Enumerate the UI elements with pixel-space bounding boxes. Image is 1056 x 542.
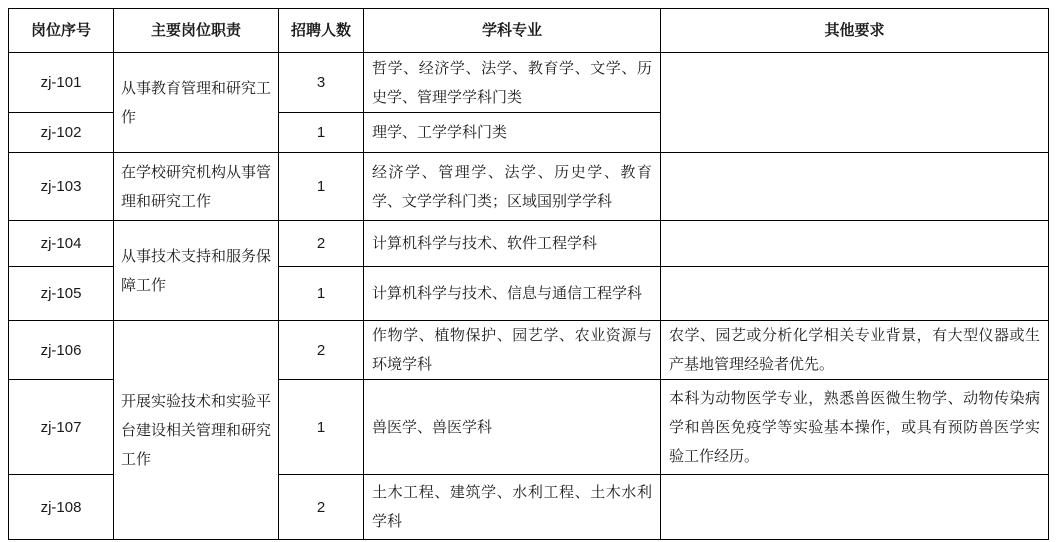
cell-headcount: 2 [279, 321, 364, 380]
cell-majors: 兽医学、兽医学科 [364, 380, 661, 475]
header-row: 岗位序号 主要岗位职责 招聘人数 学科专业 其他要求 [9, 9, 1049, 53]
cell-other [661, 475, 1049, 540]
cell-headcount: 2 [279, 221, 364, 267]
header-headcount: 招聘人数 [279, 9, 364, 53]
cell-post-id: zj-106 [9, 321, 114, 380]
cell-other: 农学、园艺或分析化学相关专业背景，有大型仪器或生产基地管理经验者优先。 [661, 321, 1049, 380]
cell-headcount: 2 [279, 475, 364, 540]
cell-post-id: zj-108 [9, 475, 114, 540]
cell-headcount: 3 [279, 53, 364, 113]
cell-other [661, 221, 1049, 267]
cell-majors: 经济学、管理学、法学、历史学、教育学、文学学科门类；区域国别学学科 [364, 153, 661, 221]
cell-other: 本科为动物医学专业，熟悉兽医微生物学、动物传染病学和兽医免疫学等实验基本操作，或… [661, 380, 1049, 475]
cell-headcount: 1 [279, 380, 364, 475]
cell-other [661, 267, 1049, 321]
cell-duty: 在学校研究机构从事管理和研究工作 [114, 153, 279, 221]
cell-post-id: zj-101 [9, 53, 114, 113]
cell-other [661, 153, 1049, 221]
cell-majors: 计算机科学与技术、信息与通信工程学科 [364, 267, 661, 321]
cell-post-id: zj-103 [9, 153, 114, 221]
cell-post-id: zj-107 [9, 380, 114, 475]
cell-headcount: 1 [279, 113, 364, 153]
header-majors: 学科专业 [364, 9, 661, 53]
cell-majors: 作物学、植物保护、园艺学、农业资源与环境学科 [364, 321, 661, 380]
header-post-id: 岗位序号 [9, 9, 114, 53]
cell-duty: 开展实验技术和实验平台建设相关管理和研究工作 [114, 321, 279, 540]
table-row-zj-106: zj-106 开展实验技术和实验平台建设相关管理和研究工作 2 作物学、植物保护… [9, 321, 1049, 380]
cell-duty: 从事技术支持和服务保障工作 [114, 221, 279, 321]
cell-other [661, 53, 1049, 153]
cell-post-id: zj-105 [9, 267, 114, 321]
cell-post-id: zj-102 [9, 113, 114, 153]
table-row-zj-101: zj-101 从事教育管理和研究工作 3 哲学、经济学、法学、教育学、文学、历史… [9, 53, 1049, 113]
cell-duty: 从事教育管理和研究工作 [114, 53, 279, 153]
cell-majors: 理学、工学学科门类 [364, 113, 661, 153]
cell-headcount: 1 [279, 153, 364, 221]
cell-headcount: 1 [279, 267, 364, 321]
table-row-zj-104: zj-104 从事技术支持和服务保障工作 2 计算机科学与技术、软件工程学科 [9, 221, 1049, 267]
table-row-zj-103: zj-103 在学校研究机构从事管理和研究工作 1 经济学、管理学、法学、历史学… [9, 153, 1049, 221]
cell-post-id: zj-104 [9, 221, 114, 267]
cell-majors: 哲学、经济学、法学、教育学、文学、历史学、管理学学科门类 [364, 53, 661, 113]
header-other-requirements: 其他要求 [661, 9, 1049, 53]
recruitment-table: 岗位序号 主要岗位职责 招聘人数 学科专业 其他要求 zj-101 从事教育管理… [8, 8, 1049, 540]
header-duties: 主要岗位职责 [114, 9, 279, 53]
cell-majors: 土木工程、建筑学、水利工程、土木水利学科 [364, 475, 661, 540]
cell-majors: 计算机科学与技术、软件工程学科 [364, 221, 661, 267]
